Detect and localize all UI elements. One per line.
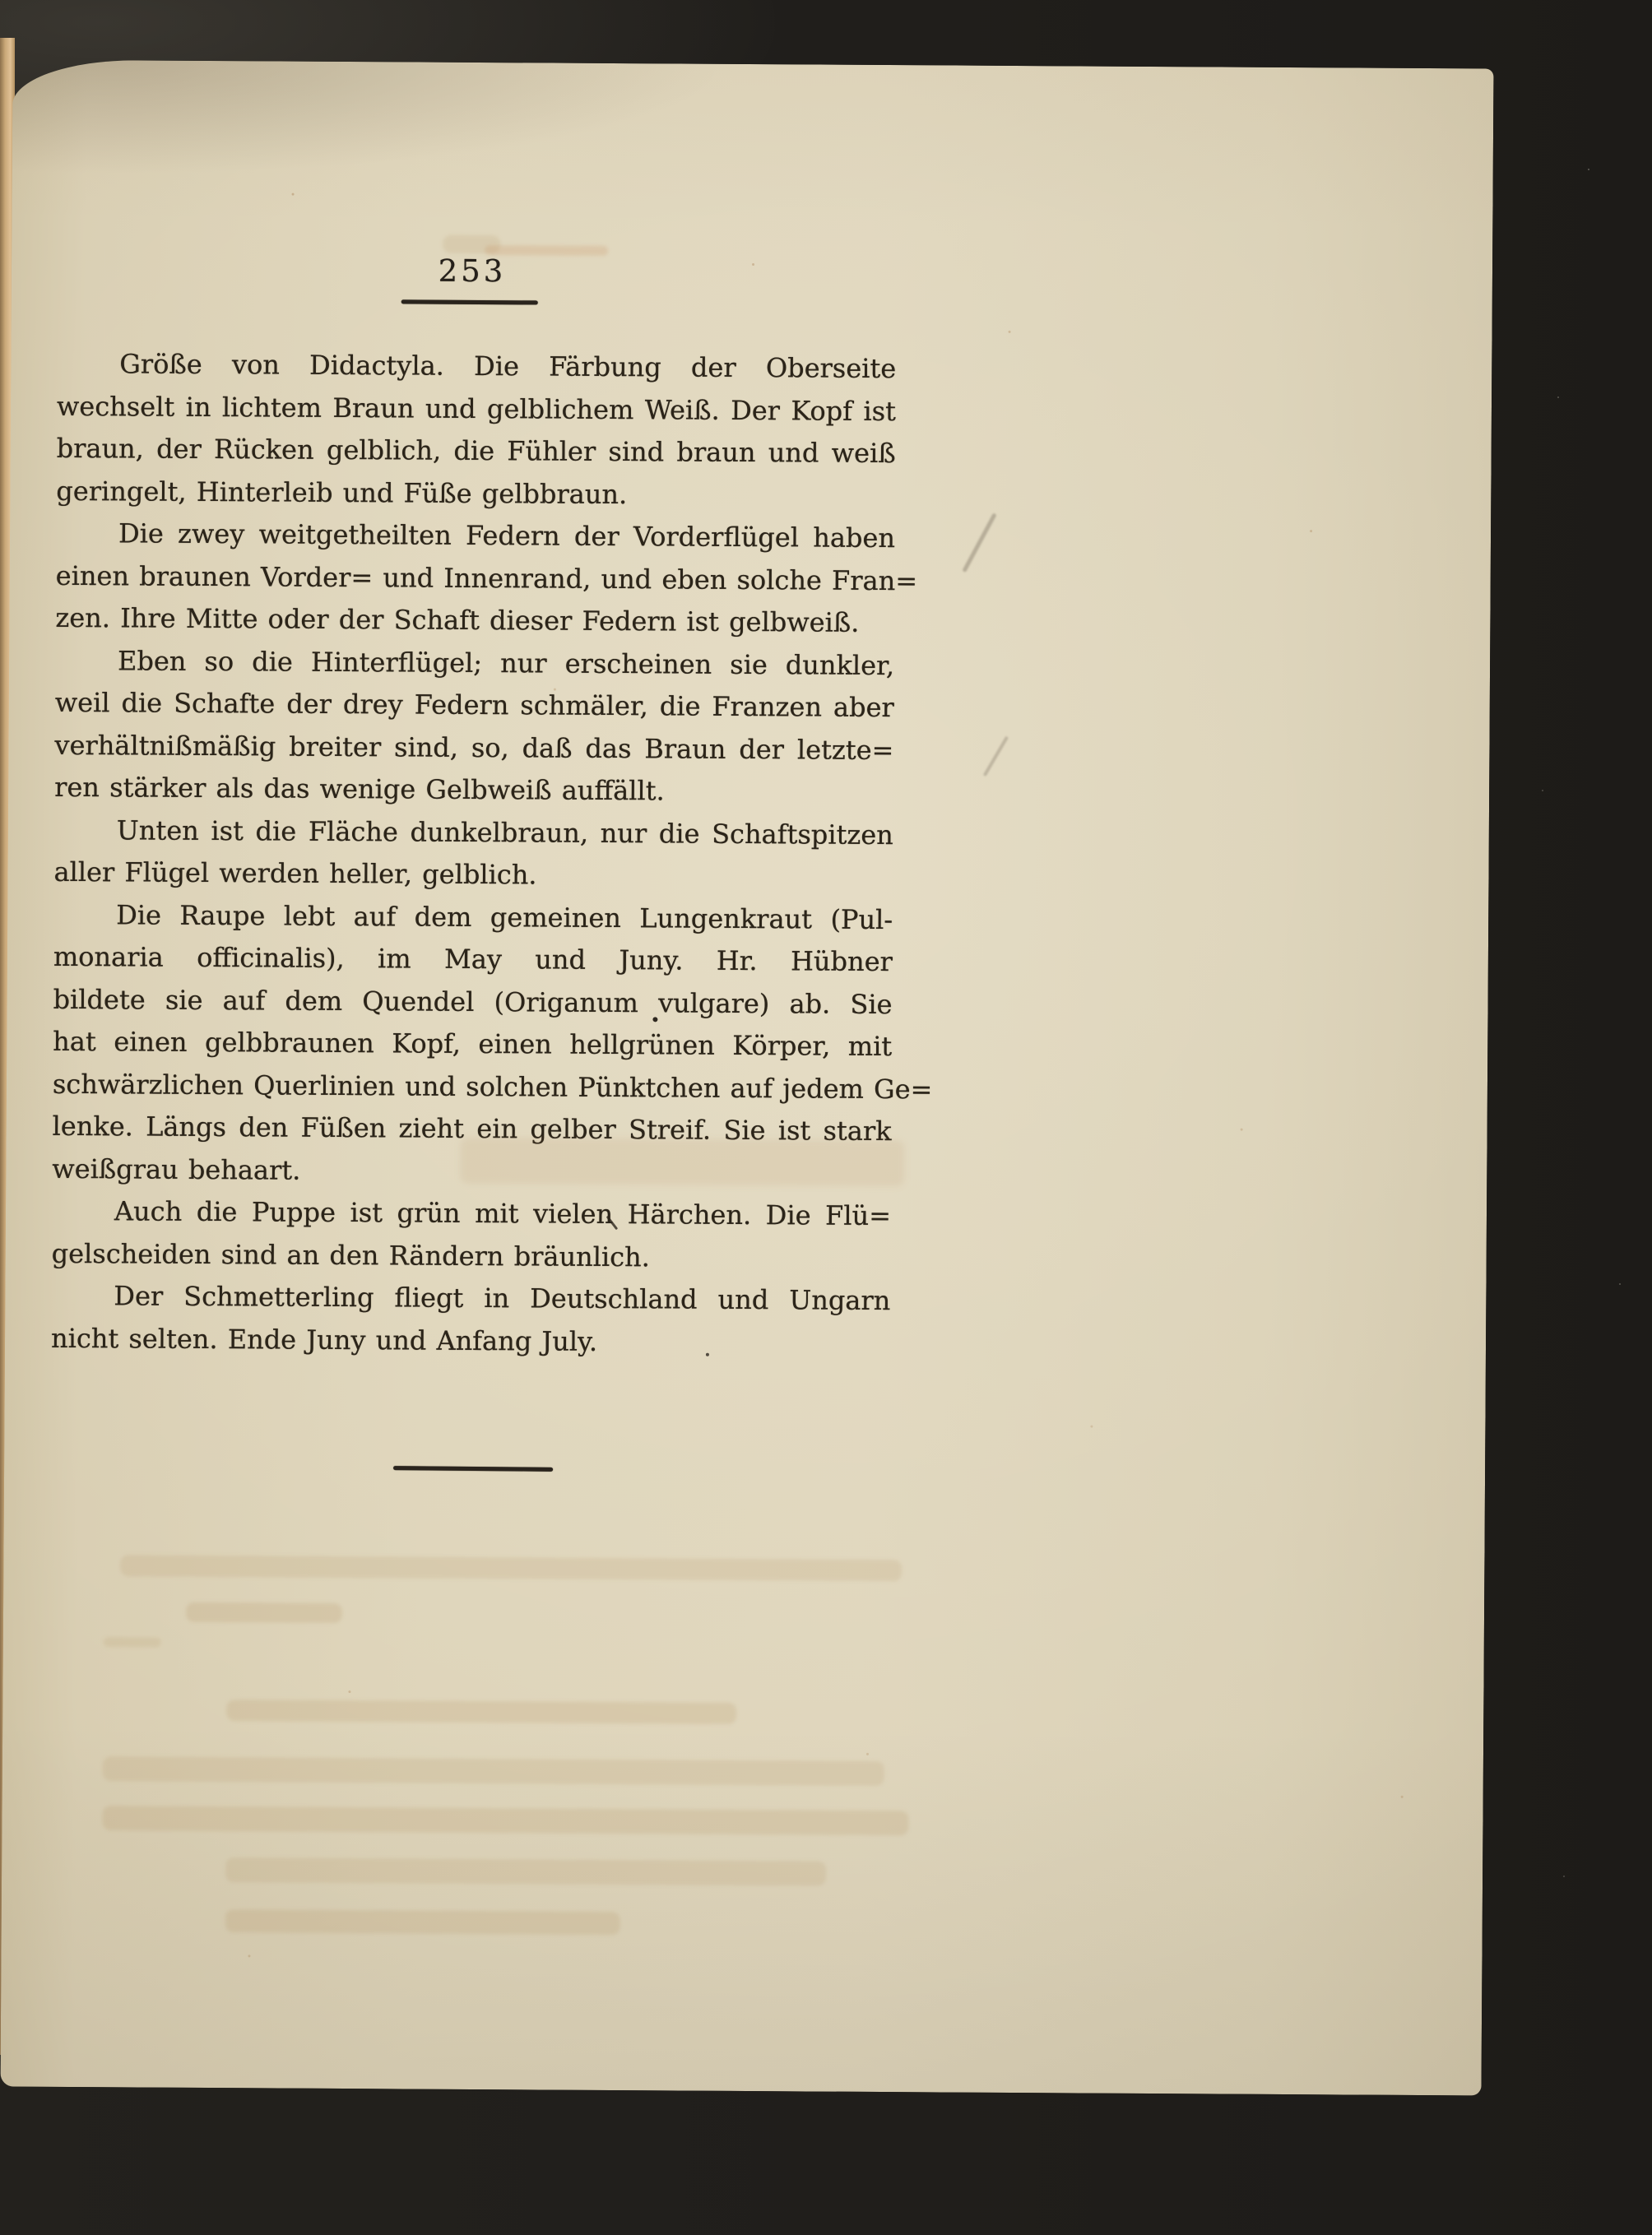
dust-specks (0, 0, 2, 2)
ink-speck (706, 1353, 709, 1356)
text-line: Die Raupe lebt auf dem gemeinen Lungenkr… (53, 893, 893, 941)
text-line: wechselt in lichtem Braun und gelblichem… (57, 385, 896, 433)
text-line: gelscheiden sind an den Rändern bräunlic… (52, 1232, 891, 1280)
text-line: Der Schmetterling fliegt in Deutschland … (51, 1275, 890, 1323)
show-through-line (104, 1637, 161, 1647)
show-through-line (102, 1806, 908, 1835)
book-scan: 253 Größe von Didactyla. Die Färbung der… (0, 0, 1652, 2235)
show-through-line (225, 1857, 826, 1885)
paragraph: Unten ist die Fläche dunkelbraun, nur di… (53, 809, 893, 898)
text-line: geringelt, Hinterleib und Füße gelbbraun… (56, 470, 895, 517)
text-line: zen. Ihre Mitte oder der Schaft dieser F… (55, 597, 894, 645)
text-line: Größe von Didactyla. Die Färbung der Obe… (57, 343, 896, 391)
show-through-mark (962, 512, 996, 573)
paragraph: Die zwey weitgetheilten Federn der Vorde… (55, 512, 895, 645)
show-through-line (225, 1909, 620, 1935)
paragraph: Eben so die Hinterflügel; nur erscheinen… (54, 639, 894, 814)
text-line: verhältnißmäßig breiter sind, so, daß da… (54, 724, 893, 772)
text-line: Eben so die Hinterflügel; nur erscheinen… (55, 639, 894, 687)
text-line: weil die Schafte der drey Federn schmäle… (55, 682, 894, 730)
text-line: einen braunen Vorder= und Innenrand, und… (56, 554, 895, 602)
text-line: Die zwey weitgetheilten Federn der Vorde… (56, 512, 895, 560)
body-text: Größe von Didactyla. Die Färbung der Obe… (51, 343, 897, 1365)
text-line: hat einen gelbbraunen Kopf, einen hellgr… (53, 1021, 892, 1069)
text-line: braun, der Rücken gelblich, die Fühler s… (56, 428, 895, 475)
paper-fibers (13, 60, 16, 63)
text-line: bildete sie auf dem Quendel (Origanum vu… (53, 978, 892, 1026)
text-line: monaria officinalis), im May und Juny. H… (53, 936, 893, 984)
text-line: nicht selten. Ende Juny und Anfang July. (51, 1317, 890, 1365)
ink-speck (652, 1017, 657, 1022)
show-through-line (186, 1602, 342, 1623)
text-line: Unten ist die Fläche dunkelbraun, nur di… (54, 809, 893, 856)
section-divider-rule (393, 1466, 553, 1472)
show-through-line (226, 1699, 736, 1724)
show-through-line (460, 1138, 904, 1186)
book-page: 253 Größe von Didactyla. Die Färbung der… (0, 60, 1493, 2096)
show-through-line (120, 1555, 902, 1581)
page-number-rule (401, 299, 538, 304)
text-line: Auch die Puppe ist grün mit vielen Härch… (52, 1190, 891, 1238)
show-through-mark (983, 736, 1009, 777)
text-line: schwärzlichen Querlinien und solchen Pün… (53, 1063, 892, 1111)
paragraph: Größe von Didactyla. Die Färbung der Obe… (56, 343, 896, 517)
show-through-mark (485, 245, 608, 256)
page-number: 253 (365, 253, 579, 290)
text-line: aller Flügel werden heller, gelblich. (53, 851, 893, 899)
text-line: ren stärker als das wenige Gelbweiß auff… (54, 767, 893, 814)
paragraph: Der Schmetterling fliegt in Deutschland … (51, 1275, 891, 1365)
show-through-line (103, 1756, 884, 1786)
paragraph: Auch die Puppe ist grün mit vielen Härch… (52, 1190, 892, 1280)
